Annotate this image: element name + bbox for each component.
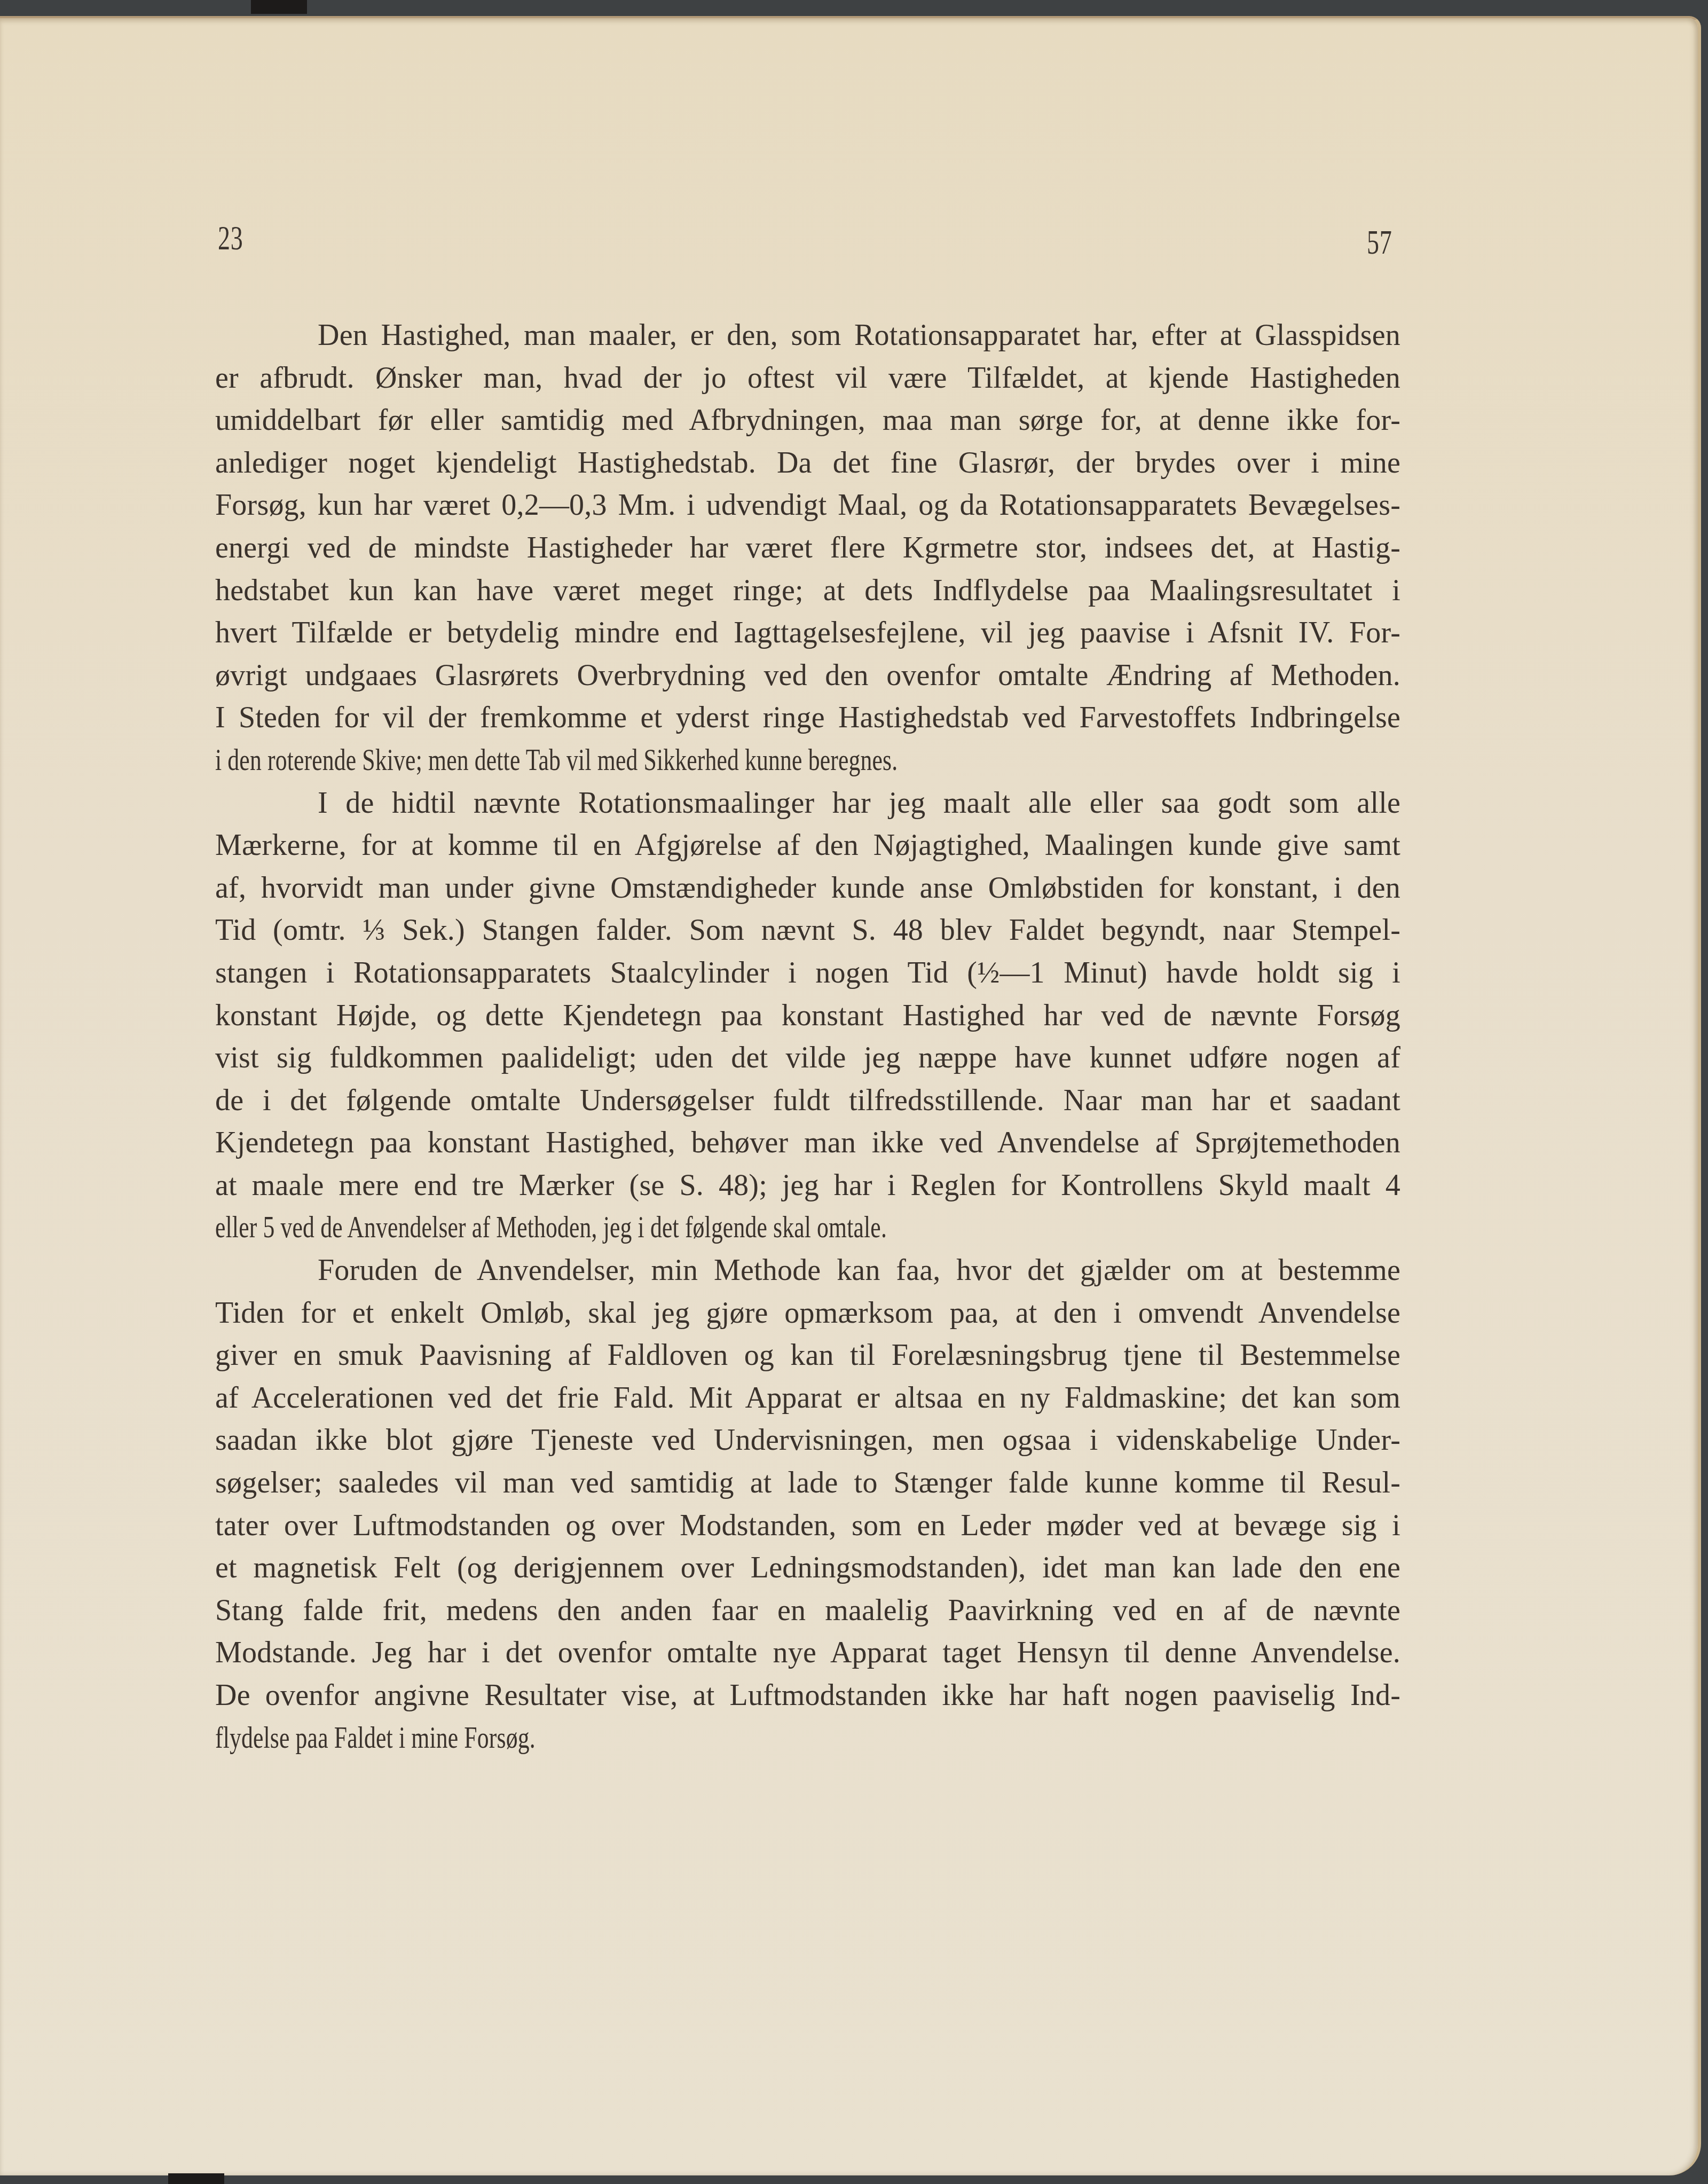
text-line: stangen i Rotationsapparatets Staalcylin… — [215, 952, 1400, 995]
page-number-left: 23 — [218, 218, 243, 258]
text-line: tater over Luftmodstanden og over Modsta… — [215, 1505, 1400, 1547]
text-line: i den roterende Skive; men dette Tab vil… — [215, 740, 1400, 782]
text-line: konstant Højde, og dette Kjendetegn paa … — [215, 995, 1400, 1038]
text-line: Mærkerne, for at komme til en Afgjørelse… — [215, 824, 1400, 867]
text-line: Foruden de Anvendelser, min Methode kan … — [215, 1250, 1400, 1292]
text-line: øvrigt undgaaes Glasrørets Overbrydning … — [215, 655, 1400, 697]
text-line: af, hvorvidt man under givne Omstændighe… — [215, 867, 1400, 910]
scan-clip-top — [251, 0, 307, 14]
text-line: I de hidtil nævnte Rotationsmaalinger ha… — [215, 782, 1400, 825]
paragraph-3: Foruden de Anvendelser, min Methode kan … — [215, 1250, 1400, 1759]
text-line: hvert Tilfælde er betydelig mindre end I… — [215, 612, 1400, 655]
page-sheet: 23 57 Den Hastighed, man maaler, er den,… — [0, 16, 1701, 2175]
text-line: anlediger noget kjendeligt Hastighedstab… — [215, 442, 1400, 485]
text-line: vist sig fuldkommen paalideligt; uden de… — [215, 1037, 1400, 1080]
text-line: giver en smuk Paavisning af Faldloven og… — [215, 1334, 1400, 1377]
text-line: at maale mere end tre Mærker (se S. 48);… — [215, 1165, 1400, 1207]
body-text: Den Hastighed, man maaler, er den, som R… — [215, 315, 1400, 1759]
text-line: Modstande. Jeg har i det ovenfor omtalte… — [215, 1632, 1400, 1675]
text-line: af Accelerationen ved det frie Fald. Mit… — [215, 1377, 1400, 1420]
text-line: Stang falde frit, medens den anden faar … — [215, 1590, 1400, 1632]
text-line: søgelser; saaledes vil man ved samtidig … — [215, 1462, 1400, 1505]
text-line: De ovenfor angivne Resultater vise, at L… — [215, 1675, 1400, 1717]
text-line: de i det følgende omtalte Undersøgelser … — [215, 1080, 1400, 1122]
paragraph-1: Den Hastighed, man maaler, er den, som R… — [215, 315, 1400, 782]
text-line: Tiden for et enkelt Omløb, skal jeg gjør… — [215, 1292, 1400, 1335]
text-line: umiddelbart før eller samtidig med Afbry… — [215, 399, 1400, 442]
text-line: eller 5 ved de Anvendelser af Methoden, … — [215, 1207, 1400, 1250]
text-line: Tid (omtr. ⅓ Sek.) Stangen falder. Som n… — [215, 909, 1400, 952]
text-line: et magnetisk Felt (og derigjennem over L… — [215, 1547, 1400, 1590]
text-line: flydelse paa Faldet i mine Forsøg. — [215, 1717, 1400, 1760]
scanned-book-page: 23 57 Den Hastighed, man maaler, er den,… — [0, 0, 1708, 2184]
text-line: er afbrudt. Ønsker man, hvad der jo ofte… — [215, 357, 1400, 400]
text-line: I Steden for vil der fremkomme et yderst… — [215, 697, 1400, 740]
text-line: Den Hastighed, man maaler, er den, som R… — [215, 315, 1400, 357]
text-line: hedstabet kun kan have været meget ringe… — [215, 570, 1400, 612]
text-line: Kjendetegn paa konstant Hastighed, behøv… — [215, 1122, 1400, 1165]
text-line: energi ved de mindste Hastigheder har væ… — [215, 527, 1400, 570]
text-line: saadan ikke blot gjøre Tjeneste ved Unde… — [215, 1419, 1400, 1462]
text-line: Forsøg, kun har været 0,2—0,3 Mm. i udve… — [215, 484, 1400, 527]
paragraph-2: I de hidtil nævnte Rotationsmaalinger ha… — [215, 782, 1400, 1250]
page-number-right: 57 — [1367, 223, 1392, 262]
scan-clip-bottom — [168, 2173, 224, 2184]
